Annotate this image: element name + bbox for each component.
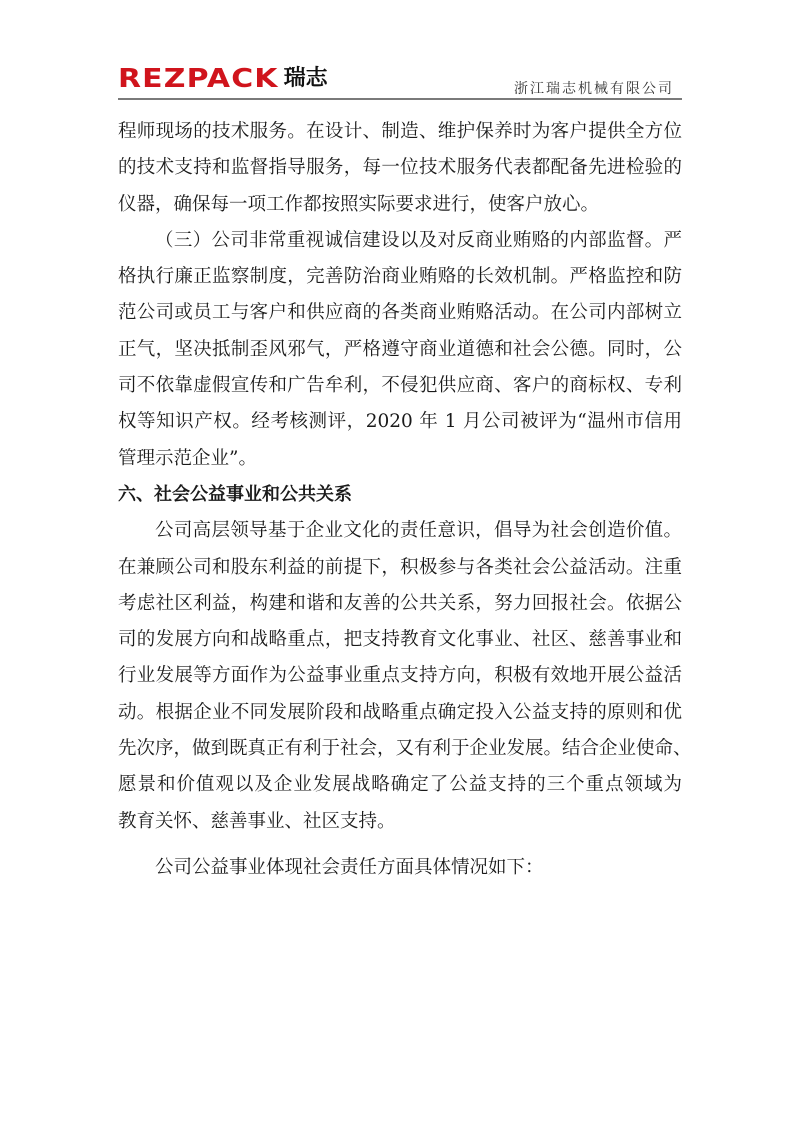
text-line: 的技术支持和监督指导服务，每一位技术服务代表都配备先进检验的 — [118, 150, 682, 186]
text-line: 先次序，做到既真正有利于社会，又有利于企业发展。结合企业使命、 — [118, 731, 682, 767]
text-line: 权等知识产权。经考核测评，2020 年 1 月公司被评为“温州市信用 — [118, 404, 682, 440]
text-line: 愿景和价值观以及企业发展战略确定了公益支持的三个重点领域为 — [118, 767, 682, 803]
logo-wordmark: REZPACK — [118, 64, 279, 94]
paragraph-4: 公司公益事业体现社会责任方面具体情况如下： — [118, 850, 682, 886]
text-line: 在兼顾公司和股东利益的前提下，积极参与各类社会公益活动。注重 — [118, 550, 682, 586]
text-line: 仪器，确保每一项工作都按照实际要求进行，使客户放心。 — [118, 187, 682, 223]
company-name: 浙江瑞志机械有限公司 — [514, 78, 674, 98]
text-line: 考虑社区利益，构建和谐和友善的公共关系，努力回报社会。依据公 — [118, 586, 682, 622]
text-line: 程师现场的技术服务。在设计、制造、维护保养时为客户提供全方位 — [118, 114, 682, 150]
header-divider — [118, 98, 682, 100]
text-line: 正气，坚决抵制歪风邪气，严格遵守商业道德和社会公德。同时，公 — [118, 332, 682, 368]
paragraph-1: 程师现场的技术服务。在设计、制造、维护保养时为客户提供全方位 的技术支持和监督指… — [118, 114, 682, 223]
text-line: 范公司或员工与客户和供应商的各类商业贿赂活动。在公司内部树立 — [118, 295, 682, 331]
text-line: 教育关怀、慈善事业、社区支持。 — [118, 804, 682, 840]
text-line: 司不依靠虚假宣传和广告牟利，不侵犯供应商、客户的商标权、专利 — [118, 368, 682, 404]
section-heading: 六、社会公益事业和公共关系 — [118, 477, 682, 513]
text-line: 公司高层领导基于企业文化的责任意识，倡导为社会创造价值。 — [118, 513, 682, 549]
text-line: 司的发展方向和战略重点，把支持教育文化事业、社区、慈善事业和 — [118, 622, 682, 658]
company-logo: REZPACK 瑞志 — [118, 64, 328, 94]
paragraph-3: 公司高层领导基于企业文化的责任意识，倡导为社会创造价值。 在兼顾公司和股东利益的… — [118, 513, 682, 840]
text-line: （三）公司非常重视诚信建设以及对反商业贿赂的内部监督。严 — [118, 223, 682, 259]
document-body: 程师现场的技术服务。在设计、制造、维护保养时为客户提供全方位 的技术支持和监督指… — [118, 114, 682, 886]
paragraph-2: （三）公司非常重视诚信建设以及对反商业贿赂的内部监督。严 格执行廉正监察制度，完… — [118, 223, 682, 477]
text-line: 公司公益事业体现社会责任方面具体情况如下： — [118, 850, 682, 886]
logo-chinese: 瑞志 — [284, 64, 328, 94]
text-line: 行业发展等方面作为公益事业重点支持方向，积极有效地开展公益活 — [118, 658, 682, 694]
text-line: 管理示范企业”。 — [118, 441, 682, 477]
text-line: 动。根据企业不同发展阶段和战略重点确定投入公益支持的原则和优 — [118, 695, 682, 731]
page-header: REZPACK 瑞志 浙江瑞志机械有限公司 — [118, 62, 682, 100]
text-line: 格执行廉正监察制度，完善防治商业贿赂的长效机制。严格监控和防 — [118, 259, 682, 295]
